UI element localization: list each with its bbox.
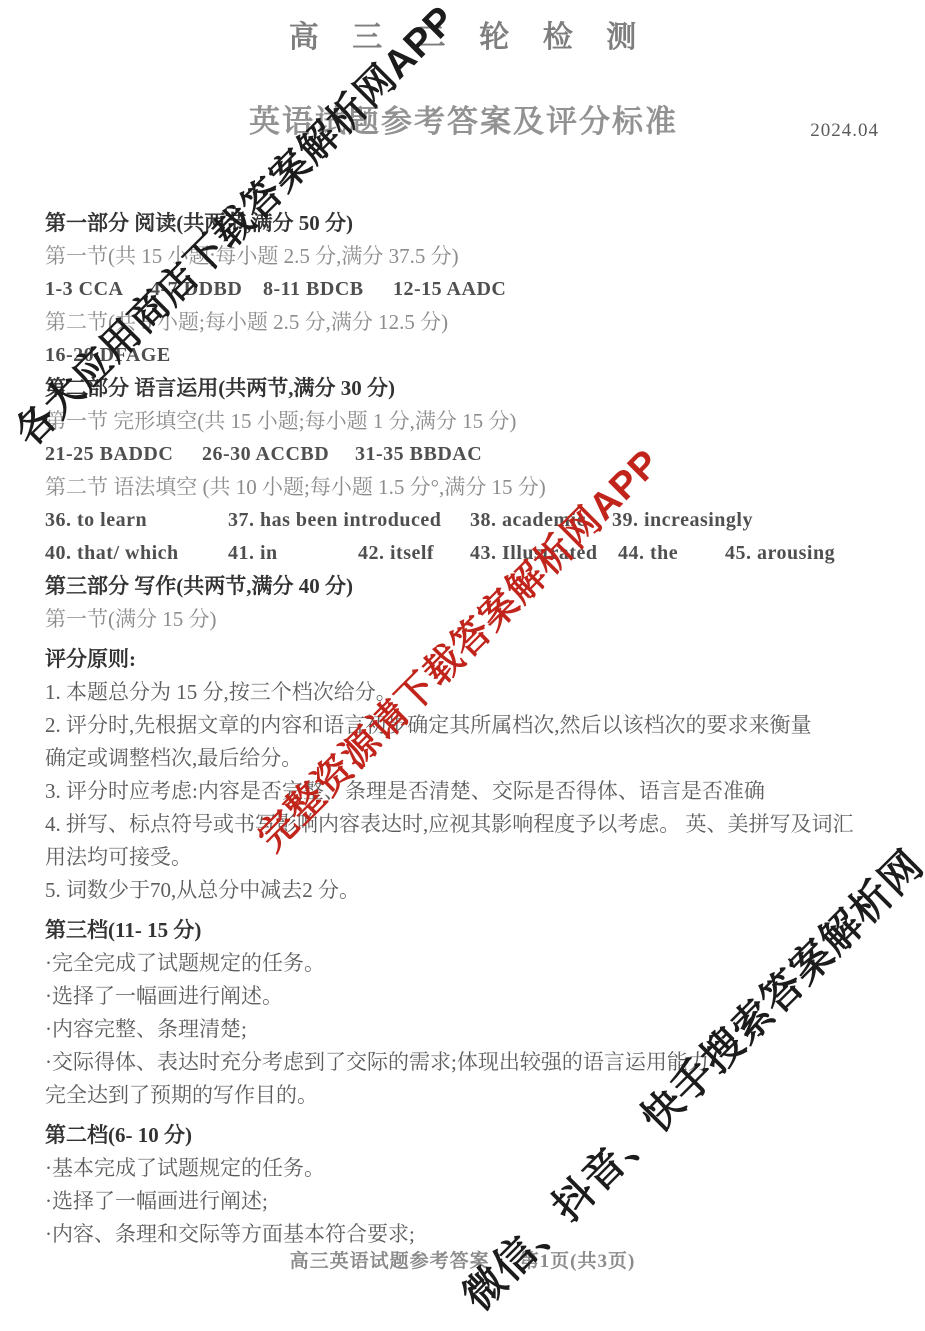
answer-item: 37. has been introduced [228,504,470,537]
answer-item: 44. the [618,537,725,570]
tier2-heading: 第二档(6- 10 分) [45,1119,895,1152]
answer-item: 40. that/ which [45,537,228,570]
principle-line: 5. 词数少于70,从总分中减去2 分。 [45,874,895,907]
tier3-heading: 第三档(11- 15 分) [45,914,895,947]
tier3-bullet: 完全达到了预期的写作目的。 [45,1079,895,1112]
answer-item: 38. academic [470,504,612,537]
tier3-bullet: ·完全完成了试题规定的任务。 [45,947,895,980]
part3-section1-info: 第一节(满分 15 分) [45,603,895,636]
answer-group: 26-30 ACCBD [202,438,355,471]
answer-item: 39. increasingly [612,504,895,537]
answer-item: 45. arousing [725,537,895,570]
part1-heading: 第一部分 阅读(共两节,满分 50 分) [45,207,895,240]
answer-item: 36. to learn [45,504,228,537]
answers-40-45: 40. that/ which 41. in 42. itself 43. Il… [45,537,895,570]
document-body: 第一部分 阅读(共两节,满分 50 分) 第一节(共 15 小题;每小题 2.5… [45,207,895,1251]
scoring-principles-title: 评分原则: [45,643,895,676]
answers-16-20: 16-20 DFAGE [45,339,895,372]
answer-group: 8-11 BDCB [263,273,393,306]
answers-1-15: 1-3 CCA 4-7 DDBD 8-11 BDCB 12-15 AADC [45,273,895,306]
answer-group: 21-25 BADDC [45,438,202,471]
principle-line: 2. 评分时,先根据文章的内容和语言初步确定其所属档次,然后以该档次的要求来衡量 [45,709,895,742]
tier3-bullet: ·交际得体、表达时充分考虑到了交际的需求;体现出较强的语言运用能力 [45,1046,895,1079]
answers-21-35: 21-25 BADDC 26-30 ACCBD 31-35 BBDAC [45,438,895,471]
tier2-bullet: ·基本完成了试题规定的任务。 [45,1152,895,1185]
answer-item: 41. in [228,537,358,570]
answer-item: 42. itself [358,537,470,570]
part3-heading: 第三部分 写作(共两节,满分 40 分) [45,570,895,603]
part1-section2-info: 第二节(共 5 小题;每小题 2.5 分,满分 12.5 分) [45,306,895,339]
answer-item: 43. Illustrated [470,537,618,570]
page-subtitle: 英语试题参考答案及评分标准 [0,96,925,141]
principle-line: 用法均可接受。 [45,841,895,874]
answer-group: 31-35 BBDAC [355,438,895,471]
answer-group: 4-7 DDBD [150,273,263,306]
answers-36-39: 36. to learn 37. has been introduced 38.… [45,504,895,537]
part2-section2-info: 第二节 语法填空 (共 10 小题;每小题 1.5 分°,满分 15 分) [45,471,895,504]
principle-line: 1. 本题总分为 15 分,按三个档次给分。 [45,676,895,709]
principle-line: 3. 评分时应考虑:内容是否完整、条理是否清楚、交际是否得体、语言是否准确 [45,775,895,808]
tier3-bullet: ·选择了一幅画进行阐述。 [45,980,895,1013]
answer-group: 12-15 AADC [393,273,895,306]
principle-line: 确定或调整档次,最后给分。 [45,742,895,775]
tier2-bullet: ·选择了一幅画进行阐述; [45,1185,895,1218]
page-title: 高 三 二 轮 检 测 [0,12,925,56]
exam-answer-sheet-page: 高 三 二 轮 检 测 英语试题参考答案及评分标准 2024.04 第一部分 阅… [0,0,925,1331]
exam-date: 2024.04 [810,120,879,142]
answer-group: 1-3 CCA [45,273,150,306]
part2-section1-info: 第一节 完形填空(共 15 小题;每小题 1 分,满分 15 分) [45,405,895,438]
footer-page-number: 第1页(共3页) [520,1251,636,1272]
page-footer: 高三英语试题参考答案第1页(共3页) [0,1246,925,1273]
part1-section1-info: 第一节(共 15 小题;每小题 2.5 分,满分 37.5 分) [45,240,895,273]
tier3-bullet: ·内容完整、条理清楚; [45,1013,895,1046]
principle-line: 4. 拼写、标点符号或书写影响内容表达时,应视其影响程度予以考虑。 英、美拼写及… [45,808,895,841]
part2-heading: 第二部分 语言运用(共两节,满分 30 分) [45,372,895,405]
footer-doc-title: 高三英语试题参考答案 [290,1251,490,1272]
